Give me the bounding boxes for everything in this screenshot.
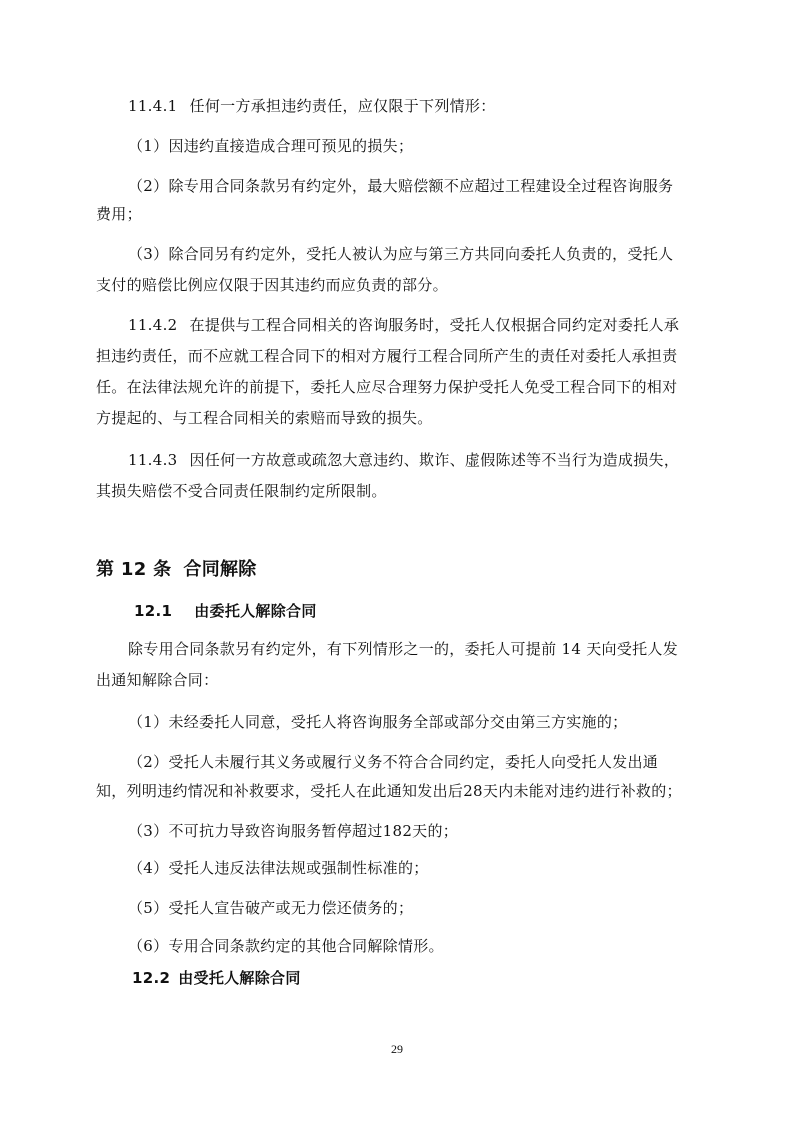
clause-text-line: 担违约责任，而不应就工程合同下的相对方履行工程合同所产生的责任对委托人承担责 <box>96 346 700 366</box>
section-number: 12.1 <box>134 602 172 620</box>
item-number: （3） <box>128 245 168 263</box>
clause-11-4-3: 11.4.3因任何一方故意或疏忽大意违约、欺诈、虚假陈述等不当行为造成损失， <box>128 450 700 470</box>
list-item: （6）专用合同条款约定的其他合同解除情形。 <box>128 936 700 956</box>
item-continuation: 费用； <box>96 204 700 224</box>
article-number: 第 12 条 <box>96 559 171 580</box>
item-number: （1） <box>128 713 168 731</box>
item-number: （2） <box>128 177 168 195</box>
clause-11-4-1: 11.4.1任何一方承担违约责任，应仅限于下列情形： <box>128 96 700 116</box>
item-number: （6） <box>128 937 168 955</box>
section-title: 由受托人解除合同 <box>178 969 300 987</box>
list-item: （4）受托人违反法律法规或强制性标准的； <box>128 858 700 878</box>
clause-text-line: 方提起的、与工程合同相关的索赔而导致的损失。 <box>96 408 700 428</box>
clause-text: 在提供与工程合同相关的咨询服务时，受托人仅根据合同约定对委托人承 <box>190 316 680 334</box>
clause-11-4-2: 11.4.2在提供与工程合同相关的咨询服务时，受托人仅根据合同约定对委托人承 <box>128 315 700 335</box>
clause-number: 11.4.1 <box>128 97 178 115</box>
list-item: （5）受托人宣告破产或无力偿还债务的； <box>128 898 700 918</box>
clause-text-line: 其损失赔偿不受合同责任限制约定所限制。 <box>96 481 700 501</box>
item-text: 受托人违反法律法规或强制性标准的； <box>168 859 428 877</box>
item-text: 因违约直接造成合理可预见的损失； <box>168 137 413 155</box>
list-item: （2）除专用合同条款另有约定外，最大赔偿额不应超过工程建设全过程咨询服务 <box>128 176 700 196</box>
list-item: （3）不可抗力导致咨询服务暂停超过182天的； <box>128 821 700 841</box>
list-item: （1）因违约直接造成合理可预见的损失； <box>128 136 700 156</box>
item-number: （5） <box>128 899 168 917</box>
page-number: 29 <box>0 1042 794 1057</box>
clause-number: 11.4.3 <box>128 451 178 469</box>
section-intro-continuation: 出通知解除合同： <box>96 670 700 690</box>
item-text: 除合同另有约定外，受托人被认为应与第三方共同向委托人负责的，受托人 <box>168 245 673 263</box>
item-number: （4） <box>128 859 168 877</box>
section-number: 12.2 <box>132 969 170 987</box>
item-text: 专用合同条款约定的其他合同解除情形。 <box>168 937 443 955</box>
item-text: 受托人未履行其义务或履行义务不符合合同约定，委托人向受托人发出通 <box>168 753 658 771</box>
item-text: 不可抗力导致咨询服务暂停超过182天的； <box>168 822 458 840</box>
section-heading-12-2: 12.2由受托人解除合同 <box>132 968 736 988</box>
clause-text-line: 任。在法律法规允许的前提下，委托人应尽合理努力保护受托人免受工程合同下的相对 <box>96 377 700 397</box>
section-heading-12-1: 12.1由委托人解除合同 <box>134 601 706 621</box>
list-item: （2）受托人未履行其义务或履行义务不符合合同约定，委托人向受托人发出通 <box>128 752 700 772</box>
item-number: （1） <box>128 137 168 155</box>
item-number: （3） <box>128 822 168 840</box>
item-continuation: 支付的赔偿比例应仅限于因其违约而应负责的部分。 <box>96 275 700 295</box>
item-continuation: 知，列明违约情况和补救要求，受托人在此通知发出后28天内未能对违约进行补救的； <box>96 781 700 801</box>
clause-number: 11.4.2 <box>128 316 178 334</box>
item-text: 受托人宣告破产或无力偿还债务的； <box>168 899 413 917</box>
article-title: 合同解除 <box>183 559 256 580</box>
item-text: 除专用合同条款另有约定外，最大赔偿额不应超过工程建设全过程咨询服务 <box>168 177 673 195</box>
item-number: （2） <box>128 753 168 771</box>
list-item: （1）未经委托人同意，受托人将咨询服务全部或部分交由第三方实施的； <box>128 712 700 732</box>
section-intro: 除专用合同条款另有约定外，有下列情形之一的，委托人可提前 14 天向受托人发 <box>128 639 700 659</box>
list-item: （3）除合同另有约定外，受托人被认为应与第三方共同向委托人负责的，受托人 <box>128 244 700 264</box>
item-text: 未经委托人同意，受托人将咨询服务全部或部分交由第三方实施的； <box>168 713 627 731</box>
clause-text: 任何一方承担违约责任，应仅限于下列情形： <box>190 97 496 115</box>
clause-text: 因任何一方故意或疏忽大意违约、欺诈、虚假陈述等不当行为造成损失， <box>190 451 680 469</box>
document-page: 11.4.1任何一方承担违约责任，应仅限于下列情形： （1）因违约直接造成合理可… <box>0 0 794 1122</box>
article-heading: 第 12 条合同解除 <box>96 558 700 582</box>
section-title: 由委托人解除合同 <box>194 602 316 620</box>
